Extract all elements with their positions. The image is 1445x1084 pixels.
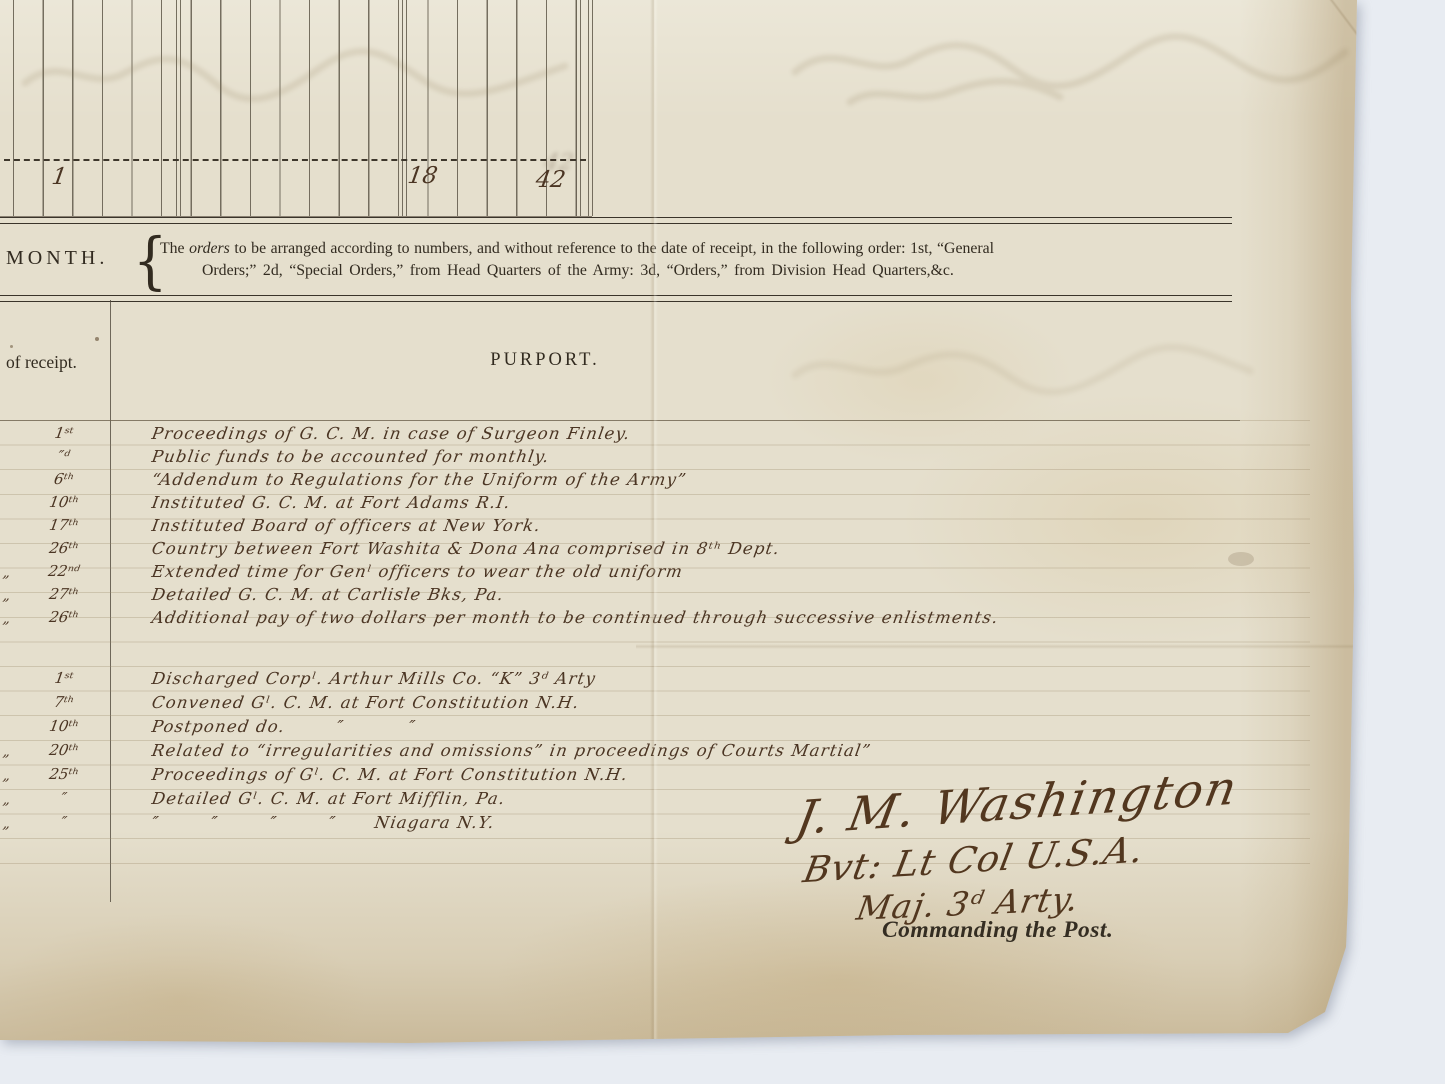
receipt-date: ″	[17, 813, 112, 831]
receipt-date: 10ᵗʰ	[17, 717, 112, 735]
register-row: 10ᵗʰPostponed do. ″ ″	[0, 717, 1250, 741]
receipt-date: ″	[17, 789, 112, 807]
horizontal-fold-crease	[636, 644, 1356, 649]
receipt-date: 20ᵗʰ	[17, 741, 112, 759]
month-ditto: „	[2, 565, 12, 581]
purport-text: Detailed Gˡ. C. M. at Fort Mifflin, Pa.	[150, 789, 506, 808]
tally-value: 1	[50, 164, 69, 190]
register-row: 7ᵗʰConvened Gˡ. C. M. at Fort Constituti…	[0, 693, 1250, 717]
receipt-column-header: of receipt.	[6, 352, 77, 373]
month-ditto: „	[2, 792, 12, 808]
purport-text: Postponed do. ″ ″	[150, 717, 417, 736]
register-row: 1ˢᵗProceedings of G. C. M. in case of Su…	[0, 424, 1250, 447]
month-ditto: „	[2, 768, 12, 784]
receipt-date: 25ᵗʰ	[17, 765, 112, 783]
register-row: 26ᵗʰCountry between Fort Washita & Dona …	[0, 539, 1250, 562]
purport-text: Additional pay of two dollars per month …	[150, 608, 1000, 627]
receipt-date: 17ᵗʰ	[17, 516, 112, 534]
purport-text: “Addendum to Regulations for the Uniform…	[150, 470, 688, 489]
register-row: 6ᵗʰ“Addendum to Regulations for the Unif…	[0, 470, 1250, 493]
section-divider-rule	[0, 295, 1232, 302]
purport-text: Proceedings of G. C. M. in case of Surge…	[150, 424, 631, 443]
ink-speck	[95, 337, 99, 341]
register-entries-group1: 1ˢᵗProceedings of G. C. M. in case of Su…	[0, 424, 1250, 631]
instruction-line2: Orders;” 2d, “Special Orders,” from Head…	[160, 260, 1218, 282]
purport-text: Extended time for Genˡ officers to wear …	[150, 562, 684, 581]
document-paper: 1 18 42 42 MONTH. { The orders to be arr…	[0, 0, 1357, 1043]
purport-text: Related to “irregularities and omissions…	[150, 741, 872, 760]
commanding-the-post-label: Commanding the Post.	[882, 917, 1113, 944]
instruction-line1: The orders to be arranged according to n…	[160, 240, 994, 257]
purport-text: ″ ″ ″ ″ Niagara N.Y.	[150, 813, 496, 832]
month-ditto: „	[2, 611, 12, 627]
purport-text: Instituted Board of officers at New York…	[150, 516, 542, 535]
tally-value: 18	[406, 163, 439, 189]
receipt-date: 1ˢᵗ	[17, 424, 112, 442]
tally-value: 42	[534, 167, 567, 193]
bleed-through-ghost	[790, 22, 1350, 112]
purport-text: Country between Fort Washita & Dona Ana …	[150, 539, 781, 558]
register-row: „20ᵗʰRelated to “irregularities and omis…	[0, 741, 1250, 765]
register-row: „26ᵗʰAdditional pay of two dollars per m…	[0, 608, 1250, 631]
receipt-date: 6ᵗʰ	[17, 470, 112, 488]
bleed-through-ghost	[20, 38, 580, 108]
month-ditto: „	[2, 816, 12, 832]
purport-text: Detailed G. C. M. at Carlisle Bks, Pa.	[150, 585, 505, 604]
tally-table: 1 18 42 42	[0, 0, 592, 217]
purport-text: Proceedings of Gˡ. C. M. at Fort Constit…	[150, 765, 629, 784]
receipt-date: 26ᵗʰ	[17, 539, 112, 557]
register-row: 17ᵗʰInstituted Board of officers at New …	[0, 516, 1250, 539]
register-row: „22ⁿᵈExtended time for Genˡ officers to …	[0, 562, 1250, 585]
table-column-separator	[176, 0, 181, 216]
receipt-date: 7ᵗʰ	[17, 693, 112, 711]
receipt-date: ″ᵈ	[17, 447, 112, 465]
photo-background: 1 18 42 42 MONTH. { The orders to be arr…	[0, 0, 1445, 1084]
purport-column-header: PURPORT.	[330, 350, 760, 371]
paper-stain	[1228, 552, 1254, 566]
register-row: „27ᵗʰDetailed G. C. M. at Carlisle Bks, …	[0, 585, 1250, 608]
receipt-date: 27ᵗʰ	[17, 585, 112, 603]
purport-text: Discharged Corpˡ. Arthur Mills Co. “K” 3…	[150, 669, 597, 688]
month-ditto: „	[2, 588, 12, 604]
purport-text: Public funds to be accounted for monthly…	[150, 447, 551, 466]
receipt-date: 10ᵗʰ	[17, 493, 112, 511]
receipt-date: 26ᵗʰ	[17, 608, 112, 626]
bleed-through-ghost	[790, 335, 1260, 415]
purport-text: Instituted G. C. M. at Fort Adams R.I.	[150, 493, 512, 512]
register-row: 1ˢᵗDischarged Corpˡ. Arthur Mills Co. “K…	[0, 669, 1250, 693]
purport-text: Convened Gˡ. C. M. at Fort Constitution …	[150, 693, 581, 712]
table-right-border	[588, 0, 593, 216]
table-column-separator	[576, 0, 581, 216]
receipt-date: 22ⁿᵈ	[17, 562, 112, 580]
orders-instruction-paragraph: The orders to be arranged according to n…	[160, 238, 1218, 281]
receipt-date: 1ˢᵗ	[17, 669, 112, 687]
section-divider-rule	[0, 217, 1232, 224]
vertical-fold-crease	[650, 0, 658, 1043]
ink-speck	[10, 345, 13, 348]
month-ditto: „	[2, 744, 12, 760]
tally-dashed-rule	[4, 159, 586, 161]
register-row: 10ᵗʰInstituted G. C. M. at Fort Adams R.…	[0, 493, 1250, 516]
register-row: ″ᵈPublic funds to be accounted for month…	[0, 447, 1250, 470]
month-column-label: MONTH.	[6, 247, 108, 270]
